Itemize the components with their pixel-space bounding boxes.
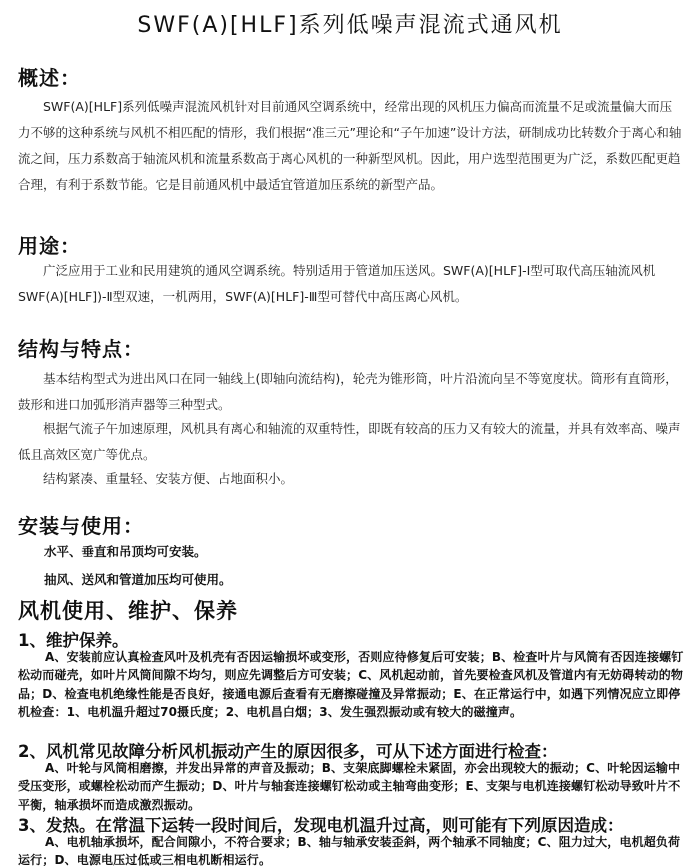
usage-text: 广泛应用于工业和民用建筑的通风空调系统。特别适用于管道加压送风。SWF(A)[H… — [18, 263, 655, 304]
maintenance-heading: 风机使用、维护、保养 — [18, 595, 238, 625]
maintenance-section-1-body: A、安装前应认真检查风叶及机壳有否因运输损坏或变形，否则应待修复后可安装；B、检… — [18, 648, 684, 721]
maintenance-section-2-text: A、叶轮与风筒相磨擦，并发出异常的声音及振动；B、支架底脚螺栓未紧固，亦会出现较… — [18, 761, 680, 812]
usage-heading: 用途： — [18, 230, 81, 259]
overview-text: SWF(A)[HLF]系列低噪声混流风机针对目前通风空调系统中，经常出现的风机压… — [18, 99, 681, 192]
structure-text-2: 根据气流子午加速原理，风机具有离心和轴流的双重特性，即既有较高的压力又有较大的流… — [18, 421, 681, 462]
installation-item-2: 抽风、送风和管道加压均可使用。 — [44, 570, 232, 588]
maintenance-section-3-text: A、电机轴承损坏，配合间隙小，不符合要求；B、轴与轴承安装歪斜，两个轴承不同轴度… — [18, 835, 680, 866]
maintenance-section-2-body: A、叶轮与风筒相磨擦，并发出异常的声音及振动；B、支架底脚螺栓未紧固，亦会出现较… — [18, 759, 684, 814]
maintenance-section-3-body: A、电机轴承损坏，配合间隙小，不符合要求；B、轴与轴承安装歪斜，两个轴承不同轴度… — [18, 833, 684, 866]
installation-item-1: 水平、垂直和吊顶均可安装。 — [44, 542, 207, 560]
structure-paragraph-1: 基本结构型式为进出风口在同一轴线上(即轴向流结构)，轮壳为锥形筒，叶片沿流向呈不… — [18, 366, 682, 418]
structure-text-3: 结构紧凑、重量轻、安装方便、占地面积小。 — [43, 471, 293, 486]
installation-heading: 安装与使用： — [18, 510, 144, 539]
structure-paragraph-2: 根据气流子午加速原理，风机具有离心和轴流的双重特性，即既有较高的压力又有较大的流… — [18, 416, 682, 468]
structure-text-1: 基本结构型式为进出风口在同一轴线上(即轴向流结构)，轮壳为锥形筒，叶片沿流向呈不… — [18, 371, 678, 412]
structure-heading: 结构与特点： — [18, 333, 144, 362]
overview-heading: 概述： — [18, 62, 81, 91]
structure-paragraph-3: 结构紧凑、重量轻、安装方便、占地面积小。 — [18, 466, 682, 492]
overview-paragraph: SWF(A)[HLF]系列低噪声混流风机针对目前通风空调系统中，经常出现的风机压… — [18, 94, 682, 198]
maintenance-section-1-text: A、安装前应认真检查风叶及机壳有否因运输损坏或变形，否则应待修复后可安装；B、检… — [18, 650, 683, 719]
page-title: SWF(A)[HLF]系列低噪声混流式通风机 — [0, 8, 700, 39]
usage-paragraph: 广泛应用于工业和民用建筑的通风空调系统。特别适用于管道加压送风。SWF(A)[H… — [18, 258, 682, 310]
